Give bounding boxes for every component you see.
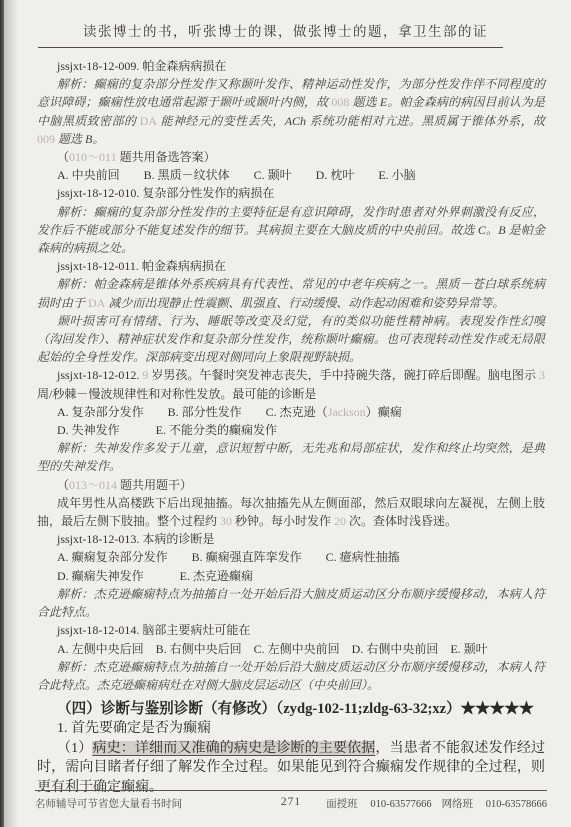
analysis-014: 解析：杰克逊癫痫特点为抽搐自一处开始后沿大脑皮质运动区分布顺序缓慢移动，本病人符…	[37, 658, 545, 694]
text-run: 题共用题干）	[117, 478, 192, 492]
page-number: 271	[35, 796, 547, 808]
analysis-012: 解析：失神发作多发于儿童，意识短暂中断，无先兆和局部症状，发作和终止均突然，是典…	[37, 439, 545, 475]
faint-question-number: 009	[37, 132, 55, 146]
options-013-row-1: A. 癫痫复杂部分发作 B. 癫痫强直阵挛发作 C. 癔病性抽搐	[37, 548, 545, 566]
faint-number: 3	[539, 368, 545, 382]
highlighted-key-sentence: 病史：详细而又准确的病史是诊断的主要依据	[92, 741, 375, 756]
text-run: （1）	[57, 741, 92, 756]
question-009: jssjxt-18-12-009. 帕金森病病损在	[37, 57, 545, 75]
text-run: （	[57, 478, 69, 492]
text-run: A. 复杂部分发作 B. 部分性发作 C. 杰克逊（	[57, 405, 328, 419]
options-010-011: A. 中央前回 B. 黑质－纹状体 C. 颞叶 D. 枕叶 E. 小脑	[37, 166, 545, 184]
options-012-row-1: A. 复杂部分发作 B. 部分性发作 C. 杰克逊（Jackson）癫痫	[37, 403, 545, 421]
options-014: A. 左侧中央后回 B. 右侧中央后回 C. 左侧中央前回 D. 右侧中央前回 …	[37, 640, 545, 658]
scanned-book-page: 读张博士的书，听张博士的课，做张博士的题，拿卫生部的证 jssjxt-18-12…	[0, 0, 571, 827]
text-run: ）癫痫	[366, 405, 402, 419]
page-content: jssjxt-18-12-009. 帕金森病病损在 解析：癫痫的复杂部分性发作又…	[0, 48, 571, 797]
diagnosis-history-paragraph: （1）病史：详细而又准确的病史是诊断的主要依据，当患者不能叙述发作经过时，需向目…	[37, 739, 545, 798]
analysis-010: 解析：癫痫的复杂部分性发作的主要特征是有意识障碍，发作时患者对外界刺激没有反应，…	[37, 203, 545, 258]
page-header: 读张博士的书，听张博士的课，做张博士的题，拿卫生部的证	[0, 0, 571, 48]
question-013: jssjxt-18-12-013. 本病的诊断是	[37, 530, 545, 548]
text-run: 能神经元的变性丢失，ACh 系统功能相对亢进。黑质属于锥体外系，故	[157, 114, 545, 128]
text-run: （	[57, 150, 69, 164]
options-012-row-2: D. 失神发作 E. 不能分类的癫痫发作	[37, 421, 545, 439]
header-slogan: 读张博士的书，听张博士的课，做张博士的题，拿卫生部的证	[0, 20, 571, 40]
question-010: jssjxt-18-12-010. 复杂部分性发作的病损在	[37, 184, 545, 202]
faint-number: 20	[334, 514, 346, 528]
faint-question-range: 010～011	[69, 150, 117, 164]
book-spine-shadow	[4, 0, 18, 827]
faint-abbrev: DA	[140, 114, 157, 128]
text-run: 周/秒棘－慢波规律性和对称性发放。最可能的诊断是	[37, 387, 316, 401]
text-run: 次。查体时浅昏迷。	[346, 514, 457, 528]
faint-question-number: 008	[331, 95, 349, 109]
case-stem: 成年男性从高楼跌下后出现抽搐。每次抽搐先从左侧面部，然后双眼球向左凝视，左侧上肢…	[37, 494, 545, 530]
text-run: jssjxt-18-12-012.	[57, 368, 142, 382]
faint-number: 30	[220, 514, 232, 528]
text-run: 减少而出现静止性震颤、肌强直、行动缓慢、动作起动困难和姿势异常等。	[105, 296, 504, 310]
page-footer: 名师辅导可节省您大量看书时间 271 面授班 010-63577666网络班 0…	[35, 790, 547, 811]
question-012: jssjxt-18-12-012. 9 岁男孩。午餐时突发神志丧失，手中持碗失落…	[37, 366, 545, 402]
section-heading-diagnosis: （四）诊断与鉴别诊断（有修改）（zydg-102-11;zldg-63-32;x…	[37, 699, 545, 719]
faint-question-range: 013～014	[69, 478, 117, 492]
analysis-temporal-lobe: 颞叶损害可有情绪、行为、睡眠等改变及幻觉，有的类似功能性精神病。表现发作性幻嗅（…	[37, 312, 545, 367]
question-011: jssjxt-18-12-011. 帕金森病病损在	[37, 257, 545, 275]
text-run: 秒钟。每小时发作	[232, 514, 334, 528]
analysis-013: 解析：杰克逊癫痫特点为抽搐自一处开始后沿大脑皮质运动区分布顺序缓慢移动，本病人符…	[37, 585, 545, 621]
text-run: 岁男孩。午餐时突发神志丧失，手中持碗失落，碗打碎后即醒。脑电图示	[148, 368, 539, 382]
question-014: jssjxt-18-12-014. 脑部主要病灶可能在	[37, 621, 545, 639]
analysis-011: 解析：帕金森病是锥体外系疾病具有代表性、常见的中老年疾病之一。黑质－苍白球系统病…	[37, 275, 545, 311]
diagnosis-point-1: 1. 首先要确定是否为癫痫	[37, 719, 545, 739]
faint-abbrev: DA	[88, 296, 105, 310]
text-run: 题选 B。	[55, 132, 104, 146]
shared-stem-note: （013～014 题共用题干）	[37, 476, 545, 494]
text-run: 题共用备选答案）	[117, 150, 216, 164]
analysis-008-009: 解析：癫痫的复杂部分性发作又称颞叶发作、精神运动性发作，为部分性发作伴不同程度的…	[37, 75, 545, 148]
options-013-row-2: D. 癫痫失神发作 E. 杰克逊癫痫	[37, 567, 545, 585]
faint-latin-name: Jackson	[328, 405, 366, 419]
shared-answers-note: （010～011 题共用备选答案）	[37, 148, 545, 166]
